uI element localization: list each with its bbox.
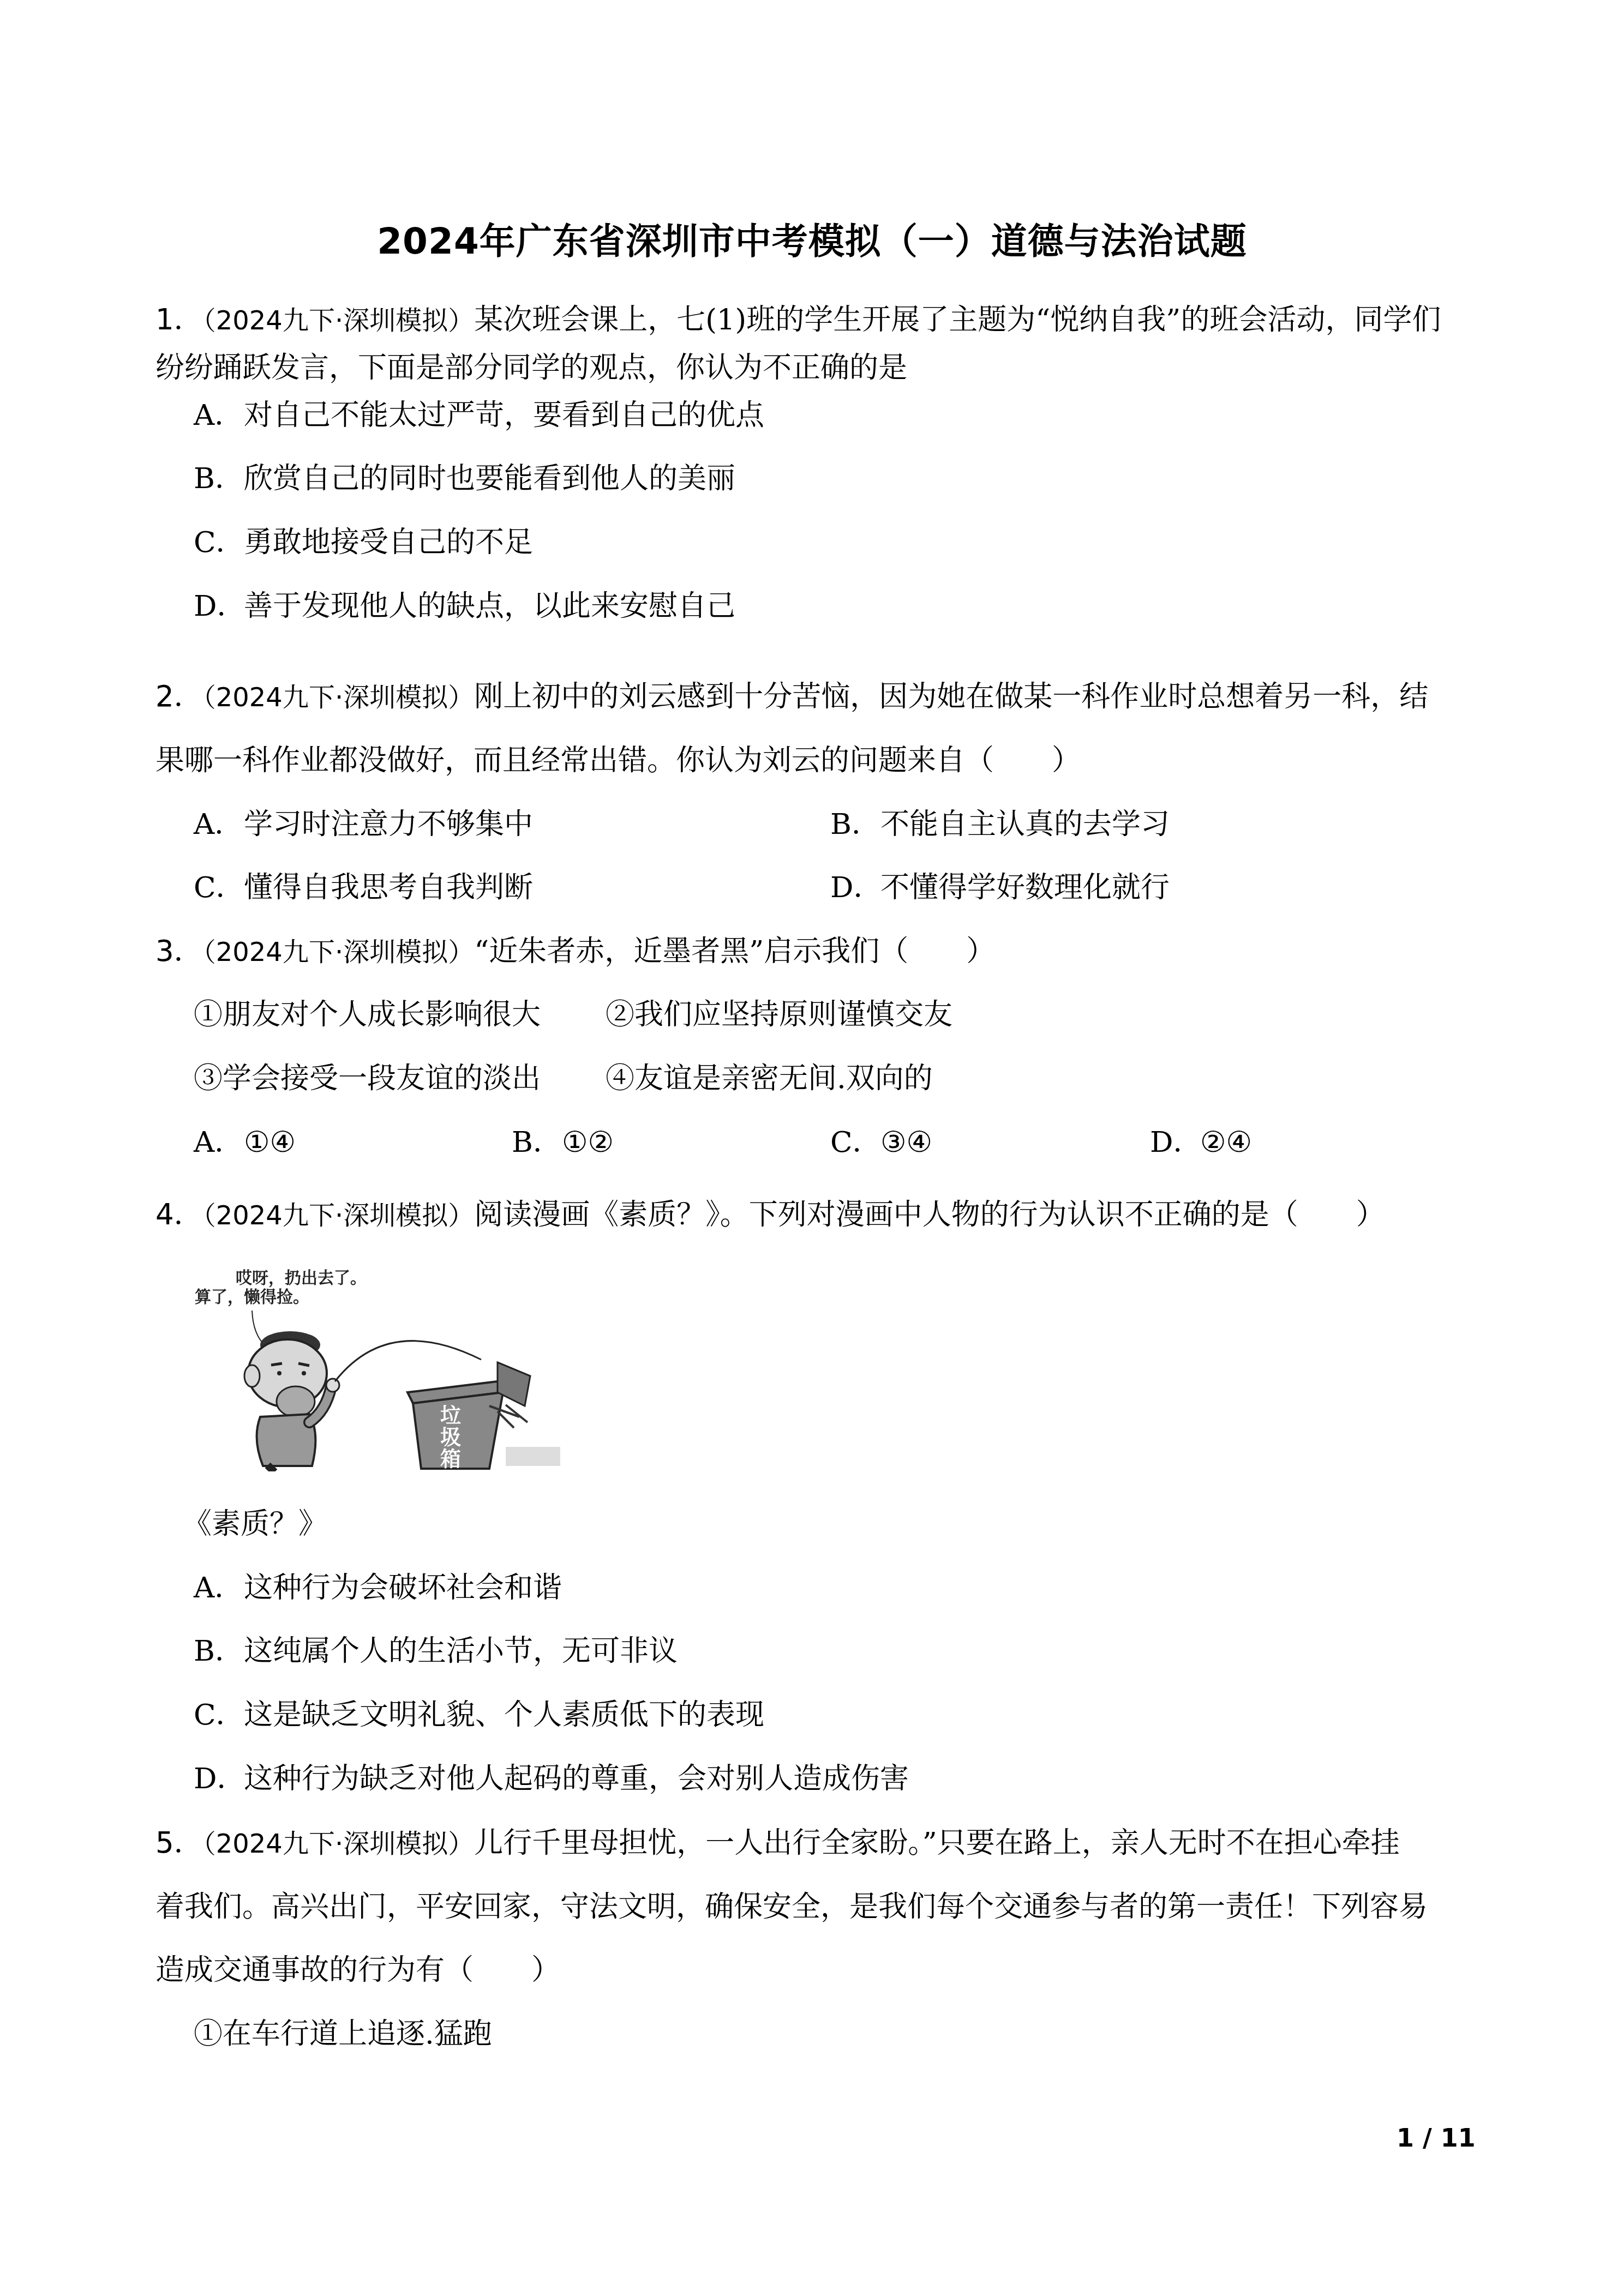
question-5-stem-line-3: 造成交通事故的行为有（ ） (155, 1951, 560, 1990)
question-3-stem-line-1: 3．（2024九下·深圳模拟）“近朱者赤，近墨者黑”启示我们（ ） (155, 933, 995, 971)
option-text: 这纯属个人的生活小节，无可非议 (244, 1634, 678, 1668)
option-text: ③④ (880, 1126, 932, 1159)
question-stem-text: 阅读漫画《素质？》。下列对漫画中人物的行为认识不正确的是（ ） (474, 1198, 1385, 1231)
option-label: B． (194, 1632, 244, 1670)
option-label: C． (194, 1696, 244, 1734)
option-text: ②④ (1200, 1126, 1252, 1159)
option-label: A． (194, 1569, 244, 1607)
page-number: 1 / 11 (1397, 2121, 1476, 2154)
question-3-statement-1: ①朋友对个人成长影响很大 (194, 996, 541, 1034)
option-text: 这种行为缺乏对他人起码的尊重，会对别人造成伤害 (244, 1762, 909, 1795)
page-title: 2024年广东省深圳市中考模拟（一）道德与法治试题 (0, 217, 1624, 266)
question-2-option-d: D．不懂得学好数理化就行 (830, 869, 1170, 907)
question-source: （2024九下·深圳模拟） (203, 305, 474, 336)
option-text: 不能自主认真的去学习 (880, 808, 1170, 841)
question-3-statement-4: ④友谊是亲密无间.双向的 (606, 1060, 933, 1098)
cartoon-caption: 《素质？》 (183, 1505, 327, 1543)
question-stem-text: 刚上初中的刘云感到十分苦恼，因为她在做某一科作业时总想着另一科，结 (474, 680, 1428, 713)
option-text: 这是缺乏文明礼貌、个人素质低下的表现 (244, 1698, 764, 1732)
question-stem-text: 儿行千里母担忧，一人出行全家盼。”只要在路上，亲人无时不在担心牵挂 (474, 1826, 1400, 1860)
question-4-option-b: B．这纯属个人的生活小节，无可非议 (194, 1632, 678, 1670)
option-label: A． (194, 806, 244, 844)
question-number: 1． (155, 303, 203, 336)
question-stem-text: 某次班会课上，七(1)班的学生开展了主题为“悦纳自我”的班会活动，同学们 (474, 303, 1441, 336)
question-number: 5． (155, 1826, 203, 1860)
speech-line-2: 算了，懒得捡。 (195, 1288, 309, 1307)
option-label: D． (194, 1760, 244, 1798)
question-1-stem-line-1: 1．（2024九下·深圳模拟）某次班会课上，七(1)班的学生开展了主题为“悦纳自… (155, 301, 1441, 340)
question-3-statement-2: ②我们应坚持原则谨慎交友 (606, 996, 952, 1034)
option-label: D． (830, 869, 880, 907)
question-source: （2024九下·深圳模拟） (203, 1829, 474, 1859)
question-number: 2． (155, 680, 203, 713)
cartoon-figure: 哎呀，扔出去了。 算了，懒得捡。 (192, 1259, 563, 1471)
question-1-stem-line-2: 纷纷踊跃发言，下面是部分同学的观点，你认为不正确的是 (155, 349, 907, 387)
question-2-option-a: A．学习时注意力不够集中 (194, 806, 533, 844)
option-label: D． (194, 587, 244, 626)
question-number: 4． (155, 1198, 203, 1231)
question-source: （2024九下·深圳模拟） (203, 682, 474, 713)
question-source: （2024九下·深圳模拟） (203, 937, 474, 967)
option-label: B． (194, 460, 244, 498)
option-label: C． (830, 1123, 880, 1162)
question-2-option-c: C．懂得自我思考自我判断 (194, 869, 533, 907)
option-text: ①④ (244, 1126, 296, 1159)
question-4-stem-line-1: 4．（2024九下·深圳模拟）阅读漫画《素质？》。下列对漫画中人物的行为认识不正… (155, 1196, 1385, 1235)
question-4-option-d: D．这种行为缺乏对他人起码的尊重，会对别人造成伤害 (194, 1760, 909, 1798)
option-label: D． (1150, 1123, 1200, 1162)
question-stem-text: “近朱者赤，近墨者黑”启示我们（ ） (474, 935, 995, 968)
bin-label-3: 箱 (440, 1447, 461, 1471)
cartoon-illustration: 哎呀，扔出去了。 算了，懒得捡。 (192, 1259, 563, 1471)
question-source: （2024九下·深圳模拟） (203, 1200, 474, 1231)
question-5-statement-1: ①在车行道上追逐.猛跑 (194, 2015, 492, 2053)
question-4-option-c: C．这是缺乏文明礼貌、个人素质低下的表现 (194, 1696, 764, 1734)
question-number: 3． (155, 935, 203, 968)
question-5-stem-line-1: 5．（2024九下·深圳模拟）儿行千里母担忧，一人出行全家盼。”只要在路上，亲人… (155, 1824, 1400, 1863)
question-3-option-d: D．②④ (1150, 1123, 1252, 1162)
option-label: A． (194, 1123, 244, 1162)
option-label: B． (512, 1123, 562, 1162)
option-text: 勇敢地接受自己的不足 (244, 526, 533, 559)
option-label: B． (830, 806, 880, 844)
question-3-option-c: C．③④ (830, 1123, 932, 1162)
question-1-option-b: B．欣赏自己的同时也要能看到他人的美丽 (194, 460, 735, 498)
bin-label-1: 垃 (440, 1403, 461, 1427)
question-3-option-a: A．①④ (194, 1123, 296, 1162)
option-text: 这种行为会破坏社会和谐 (244, 1571, 562, 1604)
option-text: 欣赏自己的同时也要能看到他人的美丽 (244, 462, 735, 495)
option-text: 对自己不能太过严苛，要看到自己的优点 (244, 399, 764, 432)
question-1-option-a: A．对自己不能太过严苛，要看到自己的优点 (194, 396, 764, 435)
question-1-option-d: D．善于发现他人的缺点，以此来安慰自己 (194, 587, 735, 626)
question-3-statement-3: ③学会接受一段友谊的淡出 (194, 1060, 541, 1098)
option-text: 不懂得学好数理化就行 (880, 871, 1170, 904)
option-text: 懂得自我思考自我判断 (244, 871, 533, 904)
bin-label-2: 圾 (440, 1425, 461, 1449)
exam-page: 2024年广东省深圳市中考模拟（一）道德与法治试题 1．（2024九下·深圳模拟… (0, 0, 1624, 2296)
question-2-stem-line-2: 果哪一科作业都没做好，而且经常出错。你认为刘云的问题来自（ ） (155, 742, 1081, 780)
question-5-stem-line-2: 着我们。高兴出门，平安回家，守法文明，确保安全，是我们每个交通参与者的第一责任！… (155, 1888, 1428, 1926)
question-4-option-a: A．这种行为会破坏社会和谐 (194, 1569, 562, 1607)
question-3-option-b: B．①② (512, 1123, 614, 1162)
option-label: A． (194, 396, 244, 435)
option-text: 学习时注意力不够集中 (244, 808, 533, 841)
question-2-option-b: B．不能自主认真的去学习 (830, 806, 1170, 844)
question-1-option-c: C．勇敢地接受自己的不足 (194, 524, 533, 562)
option-text: 善于发现他人的缺点，以此来安慰自己 (244, 590, 735, 623)
speech-line-1: 哎呀，扔出去了。 (236, 1269, 367, 1288)
option-label: C． (194, 869, 244, 907)
option-text: ①② (562, 1126, 614, 1159)
question-2-stem-line-1: 2．（2024九下·深圳模拟）刚上初中的刘云感到十分苦恼，因为她在做某一科作业时… (155, 678, 1428, 717)
option-label: C． (194, 524, 244, 562)
